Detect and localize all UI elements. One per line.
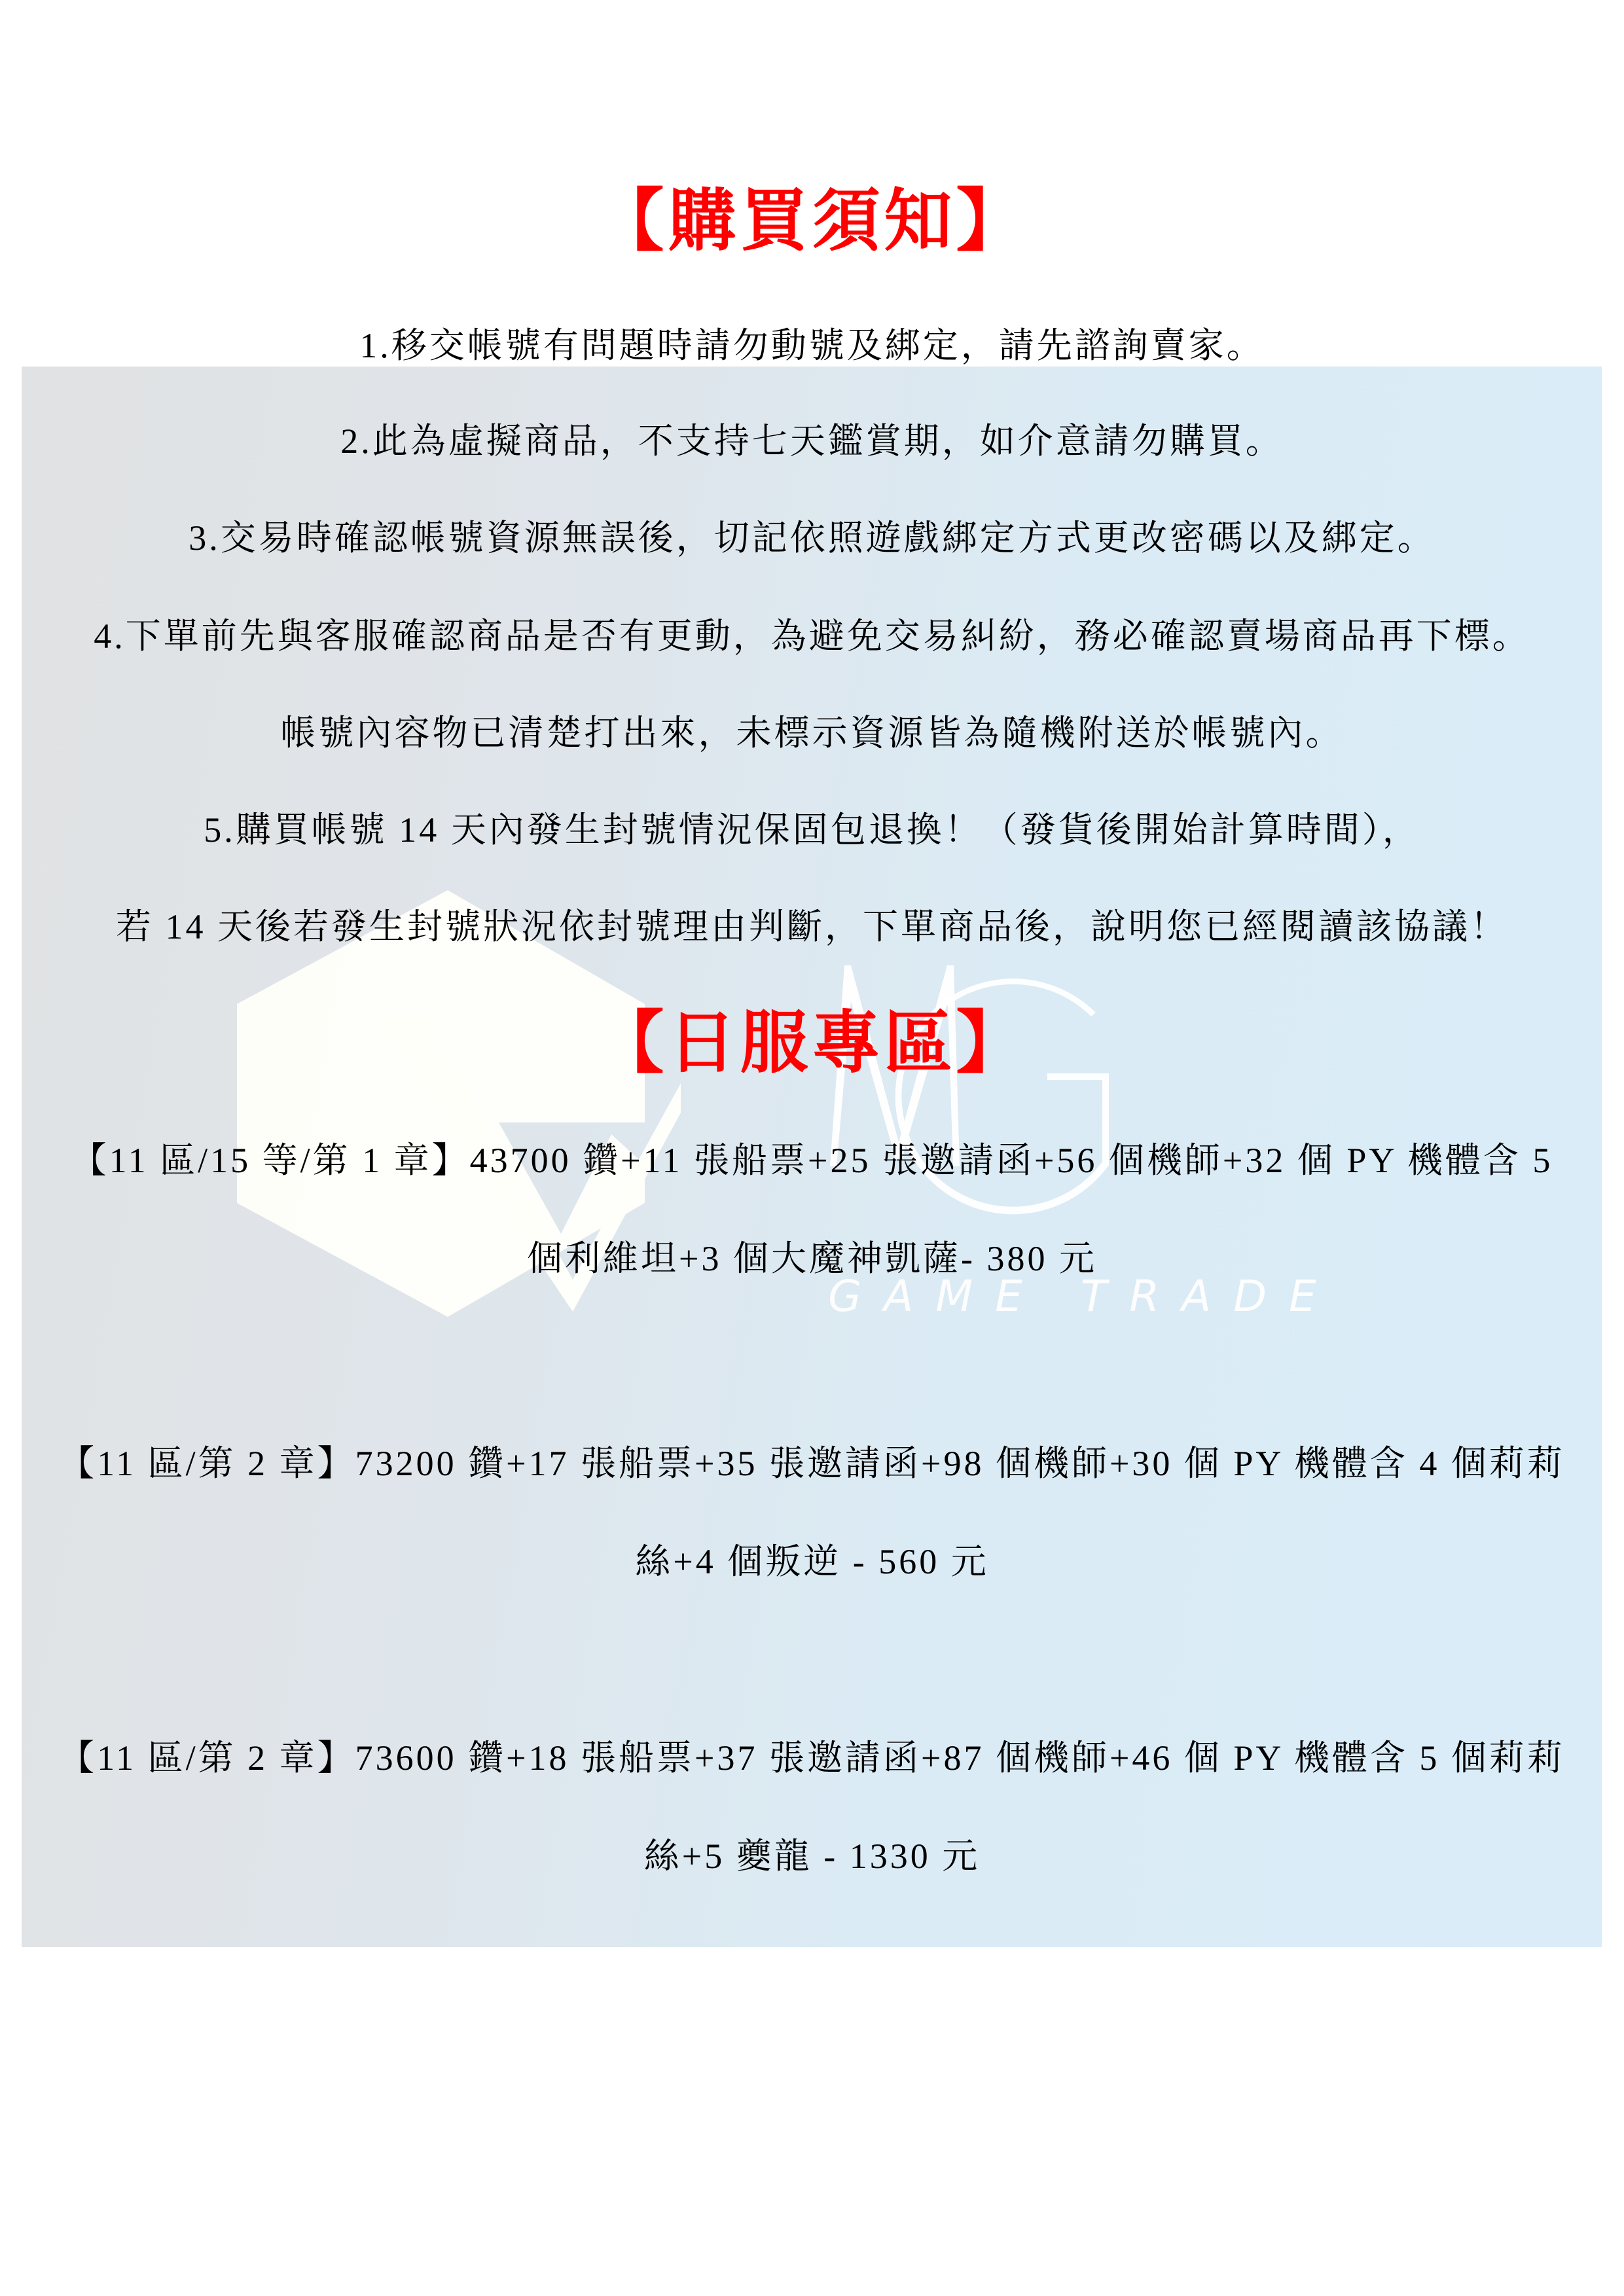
listing-2-line-1: 【11 區/第 2 章】73200 鑽+17 張船票+35 張邀請函+98 個機… bbox=[0, 1437, 1624, 1490]
notice-item-2: 2.此為虛擬商品，不支持七天鑑賞期，如介意請勿購買。 bbox=[0, 415, 1624, 467]
listing-2-line-2: 絲+4 個叛逆 - 560 元 bbox=[0, 1535, 1624, 1588]
notice-item-3: 3.交易時確認帳號資源無誤後，切記依照遊戲綁定方式更改密碼以及綁定。 bbox=[0, 512, 1624, 564]
listing-1-line-1: 【11 區/15 等/第 1 章】43700 鑽+11 張船票+25 張邀請函+… bbox=[0, 1134, 1624, 1187]
notice-item-5: 5.購買帳號 14 天內發生封號情況保固包退換！（發貨後開始計算時間）， bbox=[0, 804, 1624, 856]
section-title-jp-server: 【日服專區】 bbox=[0, 1000, 1624, 1085]
notice-item-contents: 帳號內容物已清楚打出來，未標示資源皆為隨機附送於帳號內。 bbox=[0, 707, 1624, 759]
notice-item-5-continued: 若 14 天後若發生封號狀況依封號理由判斷，下單商品後，說明您已經閱讀該協議！ bbox=[0, 901, 1624, 953]
notice-item-1: 1.移交帳號有問題時請勿動號及綁定，請先諮詢賣家。 bbox=[0, 319, 1624, 372]
listing-3-line-2: 絲+5 夔龍 - 1330 元 bbox=[0, 1830, 1624, 1882]
notice-title: 【購買須知】 bbox=[0, 178, 1624, 263]
listing-1-line-2: 個利維坦+3 個大魔神凱薩- 380 元 bbox=[0, 1232, 1624, 1285]
notice-item-4: 4.下單前先與客服確認商品是否有更動，為避免交易糾紛，務必確認賣場商品再下標。 bbox=[0, 610, 1624, 662]
listing-3-line-1: 【11 區/第 2 章】73600 鑽+18 張船票+37 張邀請函+87 個機… bbox=[0, 1732, 1624, 1784]
